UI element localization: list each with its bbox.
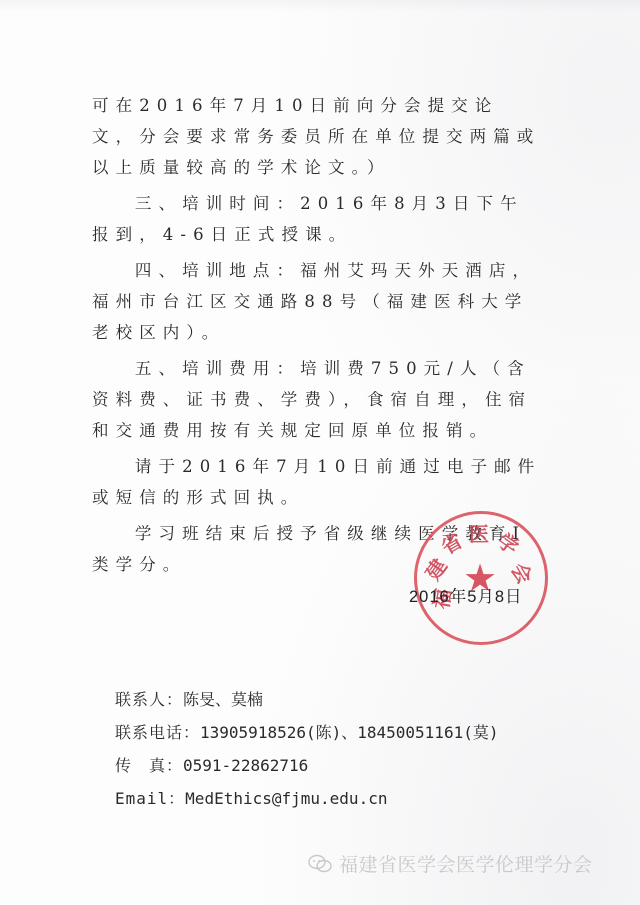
paragraph-reply-deadline: 请于2016年7月10日前通过电子邮件或短信的形式回执。 [92,451,544,513]
paragraph-training-location: 四、培训地点：福州艾玛天外天酒店，福州市台江区交通路88号（福建医科大学老校区内… [92,255,544,348]
contact-fax-label: 传 真： [115,756,183,775]
contact-fax-row: 传 真：0591-22862716 [115,749,498,782]
contact-info: 联系人：陈旻、莫楠 联系电话：13905918526(陈)、1845005116… [115,683,498,815]
contact-person-label: 联系人： [115,690,183,709]
contact-person-row: 联系人：陈旻、莫楠 [115,683,498,716]
watermark-text: 福建省医学会医学伦理学分会 [339,850,593,877]
paragraph-paper-submission: 可在2016年7月10日前向分会提交论文，分会要求常务委员所在单位提交两篇或以上… [92,90,544,183]
contact-fax-value: 0591-22862716 [183,756,308,775]
wechat-icon [307,853,333,875]
contact-email-row: Email：MedEthics@fjmu.edu.cn [115,782,498,815]
seal-char: 学 [492,525,525,560]
official-seal: 福 建 省 医 学 会 ★ [414,511,548,645]
paragraph-training-fee: 五、培训费用：培训费750元/人（含资料费、证书费、学费），食宿自理，住宿和交通… [92,353,544,446]
contact-person-value: 陈旻、莫楠 [183,690,263,709]
seal-char: 医 [469,518,489,547]
paragraph-training-time: 三、培训时间：2016年8月3日下午报到，4-6日正式授课。 [92,188,544,250]
contact-phone-row: 联系电话：13905918526(陈)、18450051161(莫) [115,716,498,749]
wechat-watermark: 福建省医学会医学伦理学分会 [307,850,593,877]
contact-phone-value: 13905918526(陈)、18450051161(莫) [200,723,498,742]
seal-char: 省 [435,525,467,560]
signature-date: 2016年5月8日 [409,583,523,607]
contact-phone-label: 联系电话： [115,723,200,742]
contact-email-value: MedEthics@fjmu.edu.cn [185,789,387,808]
contact-email-label: Email： [115,789,185,808]
